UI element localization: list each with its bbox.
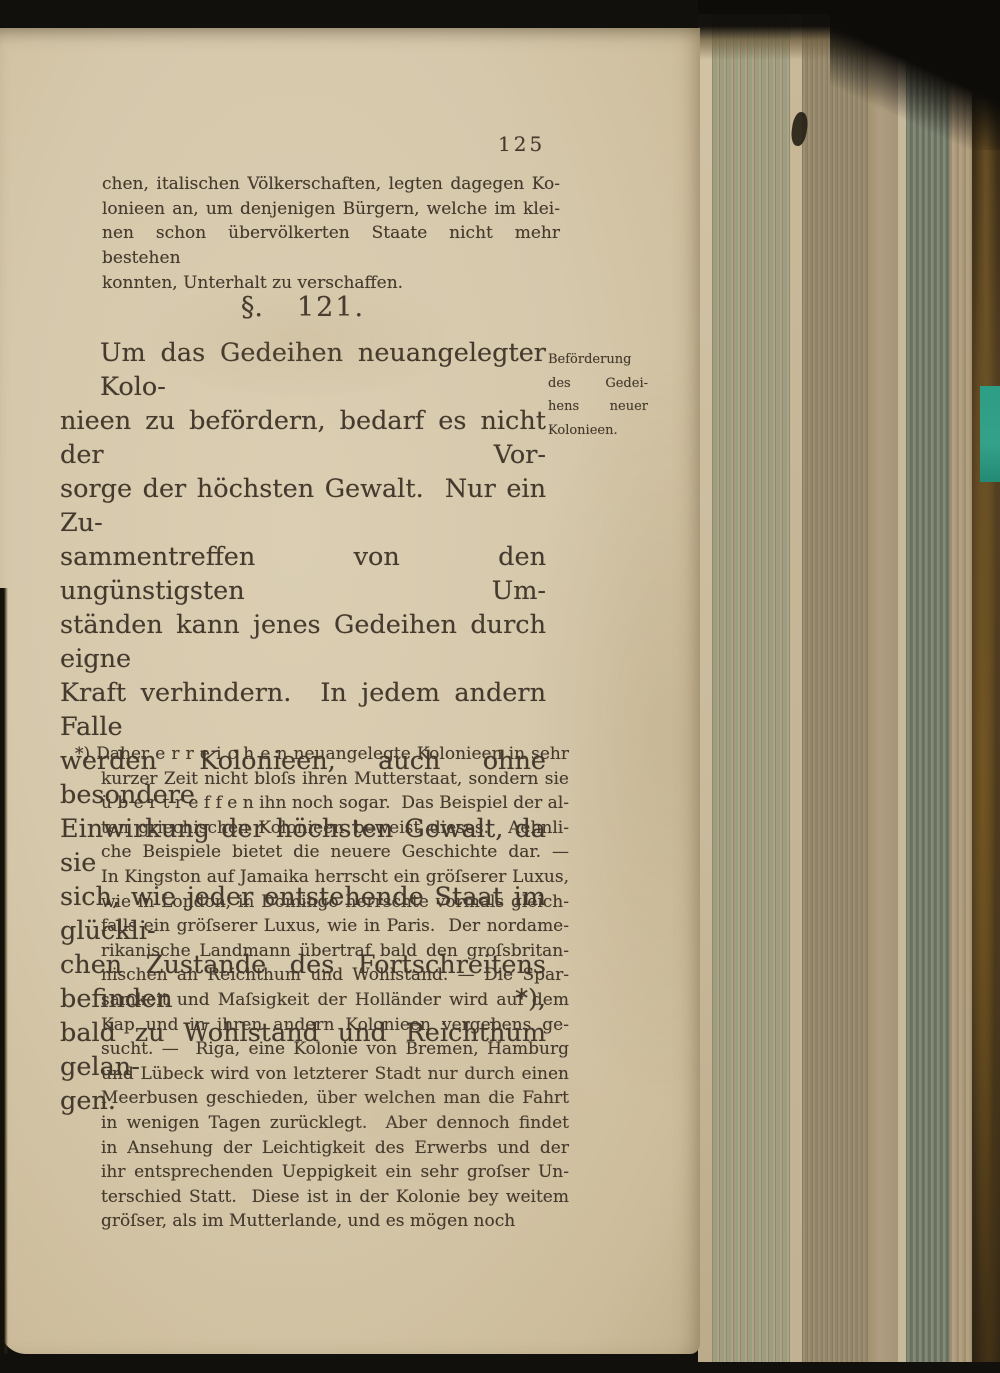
text-line: ständen kann jenes Gedeihen durch eigne [60,608,546,676]
text-line: hens neuer [548,395,648,419]
book-page: 125 chen, italischen Völkerschaften, leg… [0,28,700,1354]
text-line: in Ansehung der Leichtigkeit des Erwerbs… [101,1136,569,1161]
fore-edge-stripe [898,14,906,1362]
book-fore-edge [698,14,1000,1362]
text-line: nieen zu befördern, bedarf es nicht der … [60,404,546,472]
fore-edge-stripe [950,14,972,1362]
text-line: *) Daher e r r e i c h e n neuangelegte … [75,742,569,767]
fore-edge-stripe [906,14,950,1362]
text-line: terschied Statt. Diese ist in der Koloni… [101,1185,569,1210]
text-line: che Beispiele bietet die neuere Geschich… [101,840,569,865]
text-line: Meerbusen geschieden, über welchen man d… [101,1086,569,1111]
fore-edge-stripe [698,14,712,1362]
text-line: kurzer Zeit nicht bloſs ihren Mutterstaa… [101,767,569,792]
text-line: In Kingston auf Jamaika herrscht ein grö… [101,865,569,890]
top-right-corner-shadow [830,0,1000,150]
text-line: ü b e r t r e f f e n ihn noch sogar. Da… [101,791,569,816]
section-heading: §.121. [60,292,568,323]
intro-paragraph: chen, italischen Völkerschaften, legten … [102,172,560,296]
text-line: Beförderung [548,348,648,372]
text-line: Um das Gedeihen neuangelegter Kolo- [60,336,546,404]
text-line: des Gedei- [548,372,648,396]
fore-edge-stripe [790,14,802,1362]
footnote: *) Daher e r r e i c h e n neuangelegte … [101,742,569,1234]
text-line: nischen an Reichthum und Wohlstand. — Di… [101,963,569,988]
text-line: Kraft verhindern. In jedem andern Falle [60,676,546,744]
fore-edge-stripe [802,14,868,1362]
book-cover-edge [972,14,1000,1362]
text-line: und Lübeck wird von letzterer Stadt nur … [101,1062,569,1087]
text-line: lonieen an, um denjenigen Bürgern, welch… [102,197,560,222]
cover-teal-patch [980,386,1000,482]
section-number: 121. [297,292,365,323]
text-line: wie in London, in Domingo herrschte vorm… [101,890,569,915]
text-line: sorge der höchsten Gewalt. Nur ein Zu- [60,472,546,540]
fore-edge-stripe [868,14,898,1362]
text-line: Kap und in ihren andern Kolonieen vergeb… [101,1013,569,1038]
text-line: ten griechischen Kolonieen beweist diese… [101,816,569,841]
text-line: sammentreffen von den ungünstigsten Um- [60,540,546,608]
text-line: rikanische Landmann übertraf bald den gr… [101,939,569,964]
text-line: gröſser, als im Mutterlande, und es möge… [101,1209,569,1234]
text-line: ihr entsprechenden Ueppigkeit ein sehr g… [101,1160,569,1185]
text-line: Kolonieen. [548,419,648,443]
margin-note: Beförderungdes Gedei-hens neuerKolonieen… [548,348,648,442]
section-symbol: §. [241,292,263,323]
text-line: sucht. — Riga, eine Kolonie von Bremen, … [101,1037,569,1062]
text-line: falls ein gröſserer Luxus, wie in Paris.… [101,914,569,939]
text-line: chen, italischen Völkerschaften, legten … [102,172,560,197]
page-number: 125 [498,132,545,156]
fore-edge-stripe [712,14,790,1362]
book-scan: 125 chen, italischen Völkerschaften, leg… [0,0,1000,1373]
page-left-edge-shadow [0,588,8,1354]
text-line: in wenigen Tagen zurücklegt. Aber dennoc… [101,1111,569,1136]
text-line: nen schon übervölkerten Staate nicht meh… [102,221,560,270]
text-line: samkeit und Maſsigkeit der Holländer wir… [101,988,569,1013]
